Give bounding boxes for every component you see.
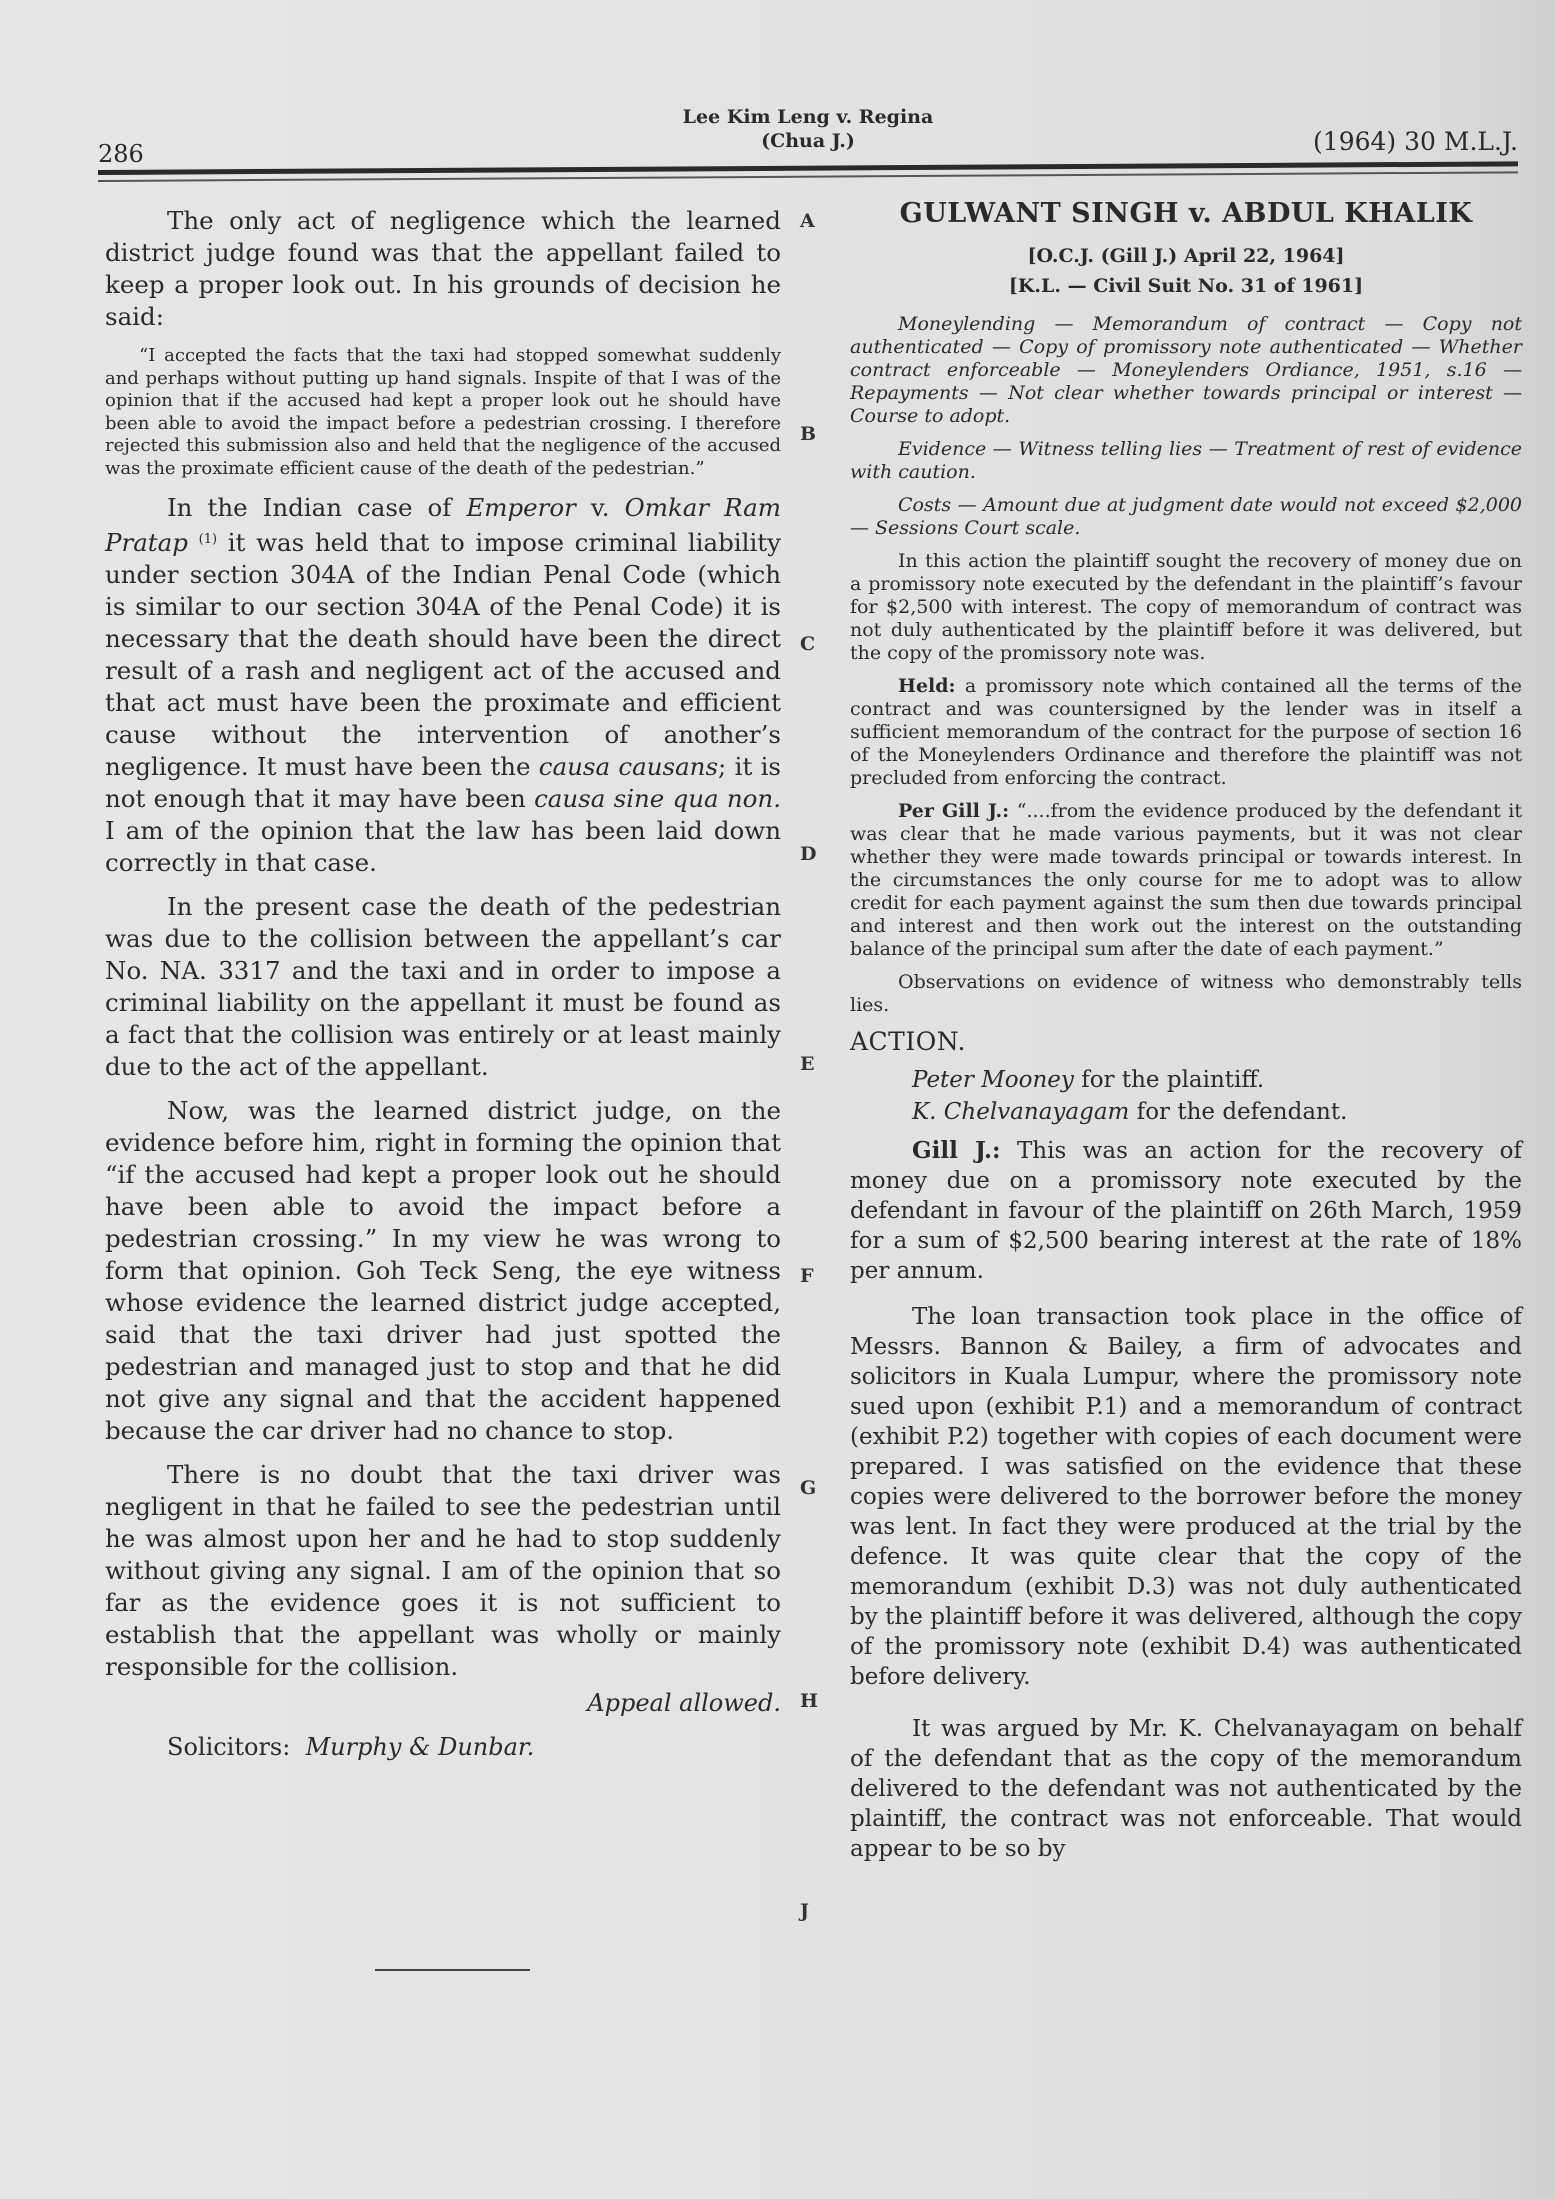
solicitors-label: Solicitors: [167,1733,290,1761]
solicitors-line: Solicitors: Murphy & Dunbar. [105,1731,781,1763]
dictum: Per Gill J.: “....from the evidence prod… [850,800,1522,961]
running-title: Lee Kim Leng v. Regina (Chua J.) [648,105,968,153]
catchwords: Evidence — Witness telling lies — Treatm… [850,438,1522,484]
solicitors-name: Murphy & Dunbar. [306,1733,535,1761]
margin-letter: B [800,423,816,445]
text-run: In the Indian case of [167,493,466,522]
latin-term: causa sine qua non. [534,784,781,813]
margin-letter: E [800,1053,814,1075]
counsel-defendant: K. Chelvanayagam for the defendant. [850,1096,1522,1128]
margin-letter: J [800,1900,809,1922]
paragraph: In the Indian case of Emperor v. Omkar R… [105,492,781,879]
left-column: The only act of negligence which the lea… [105,205,781,1775]
counsel-name: K. Chelvanayagam [912,1099,1129,1125]
suit-reference: [K.L. — Civil Suit No. 31 of 1961] [850,271,1522,301]
page-number: 286 [98,140,144,168]
case-summary: In this action the plaintiff sought the … [850,550,1522,665]
paragraph: There is no doubt that the taxi driver w… [105,1459,781,1683]
per-text: “....from the evidence produced by the d… [850,800,1522,960]
case-name: Emperor [466,493,575,522]
block-quote: “I accepted the facts that the taxi had … [105,345,781,480]
holding: Held: a promissory note which contained … [850,675,1522,790]
judgment-body: Gill J.: This was an action for the reco… [850,1136,1522,1864]
running-title-case: Lee Kim Leng v. Regina [648,105,968,129]
paragraph: Gill J.: This was an action for the reco… [850,1136,1522,1286]
latin-term: causa causans [539,752,718,781]
headnote: Moneylending — Memorandum of contract — … [850,313,1522,1017]
margin-letter: F [800,1265,814,1287]
running-title-judge: (Chua J.) [648,129,968,153]
action-heading: ACTION. [850,1027,1522,1056]
paragraph: In the present case the death of the ped… [105,891,781,1083]
catchwords: Moneylending — Memorandum of contract — … [850,313,1522,428]
per-label: Per Gill J.: [898,800,1009,822]
text-run: v. [576,493,625,522]
paragraph: Now, was the learned district judge, on … [105,1095,781,1447]
footnote-marker: (1) [199,532,217,547]
text-run: I am of the opinion that the law has bee… [105,816,781,877]
held-label: Held: [898,675,956,697]
counsel-role: for the plaintiff. [1074,1067,1264,1093]
margin-letter: D [800,843,816,865]
paragraph: It was argued by Mr. K. Chelvanayagam on… [850,1714,1522,1864]
paragraph: The only act of negligence which the lea… [105,205,781,333]
text-run: it was held that to impose criminal liab… [105,528,781,781]
margin-letter: G [800,1477,816,1499]
margin-letter: H [800,1690,818,1712]
margin-letter: A [800,210,815,232]
margin-letter: C [800,633,815,655]
observations: Observations on evidence of witness who … [850,971,1522,1017]
catchwords: Costs — Amount due at judgment date woul… [850,494,1522,540]
result-appeal-allowed: Appeal allowed. [105,1687,781,1719]
report-citation: (1964) 30 M.L.J. [1313,127,1518,156]
case-title: GULWANT SINGH v. ABDUL KHALIK [850,198,1522,229]
counsel-plaintiff: Peter Mooney for the plaintiff. [850,1064,1522,1096]
counsel-role: for the defendant. [1129,1099,1347,1125]
right-column: GULWANT SINGH v. ABDUL KHALIK [O.C.J. (G… [850,198,1522,1880]
court-reference: [O.C.J. (Gill J.) April 22, 1964] [850,241,1522,271]
judge-label: Gill J.: [912,1137,1001,1164]
counsel-name: Peter Mooney [912,1067,1074,1093]
section-end-rule [375,1969,530,1971]
paragraph: The loan transaction took place in the o… [850,1302,1522,1692]
document-page: 286 Lee Kim Leng v. Regina (Chua J.) (19… [0,0,1555,2199]
